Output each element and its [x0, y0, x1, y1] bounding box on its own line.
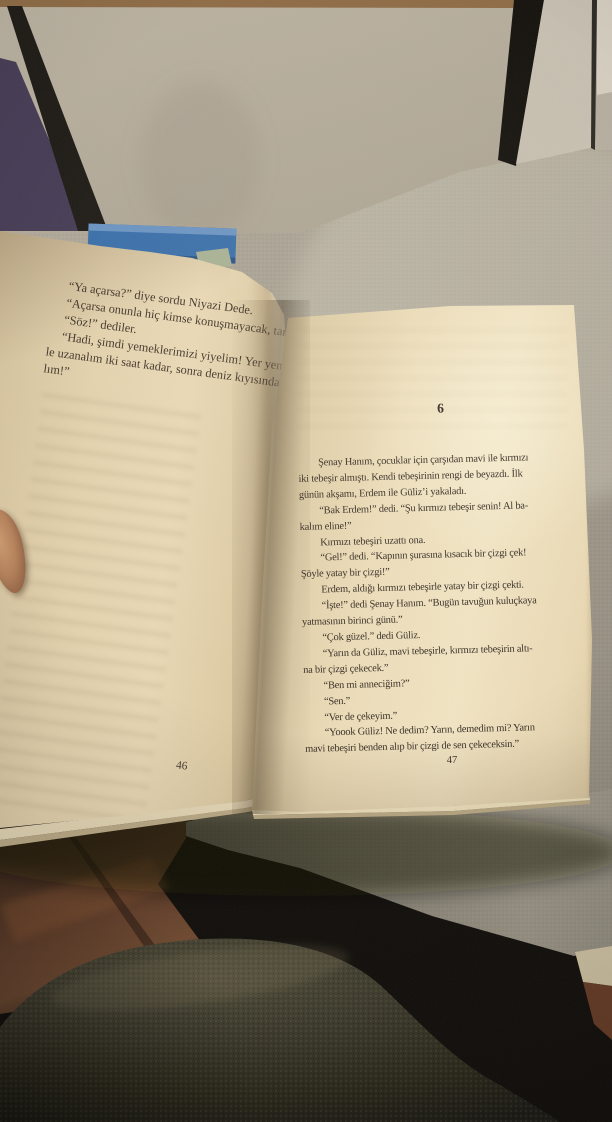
right-page: 6 Şenay Hanım, çocuklar için çarşıdan ma…: [238, 298, 612, 822]
left-page-number: 46: [175, 759, 188, 772]
strip-fade-right: [595, 92, 612, 150]
white-strip-right: [597, 0, 612, 95]
wood-trim-top: [0, 0, 515, 8]
panel-smudge: [140, 80, 260, 240]
right-page-text: Şenay Hanım, çocuklar için çarşıdan mavi…: [298, 449, 605, 758]
photo-open-book-scene: “Ya açarsa?” diye sordu Niyazi Dede. “Aç…: [0, 0, 612, 1122]
left-page-showthrough-text: [0, 381, 203, 829]
